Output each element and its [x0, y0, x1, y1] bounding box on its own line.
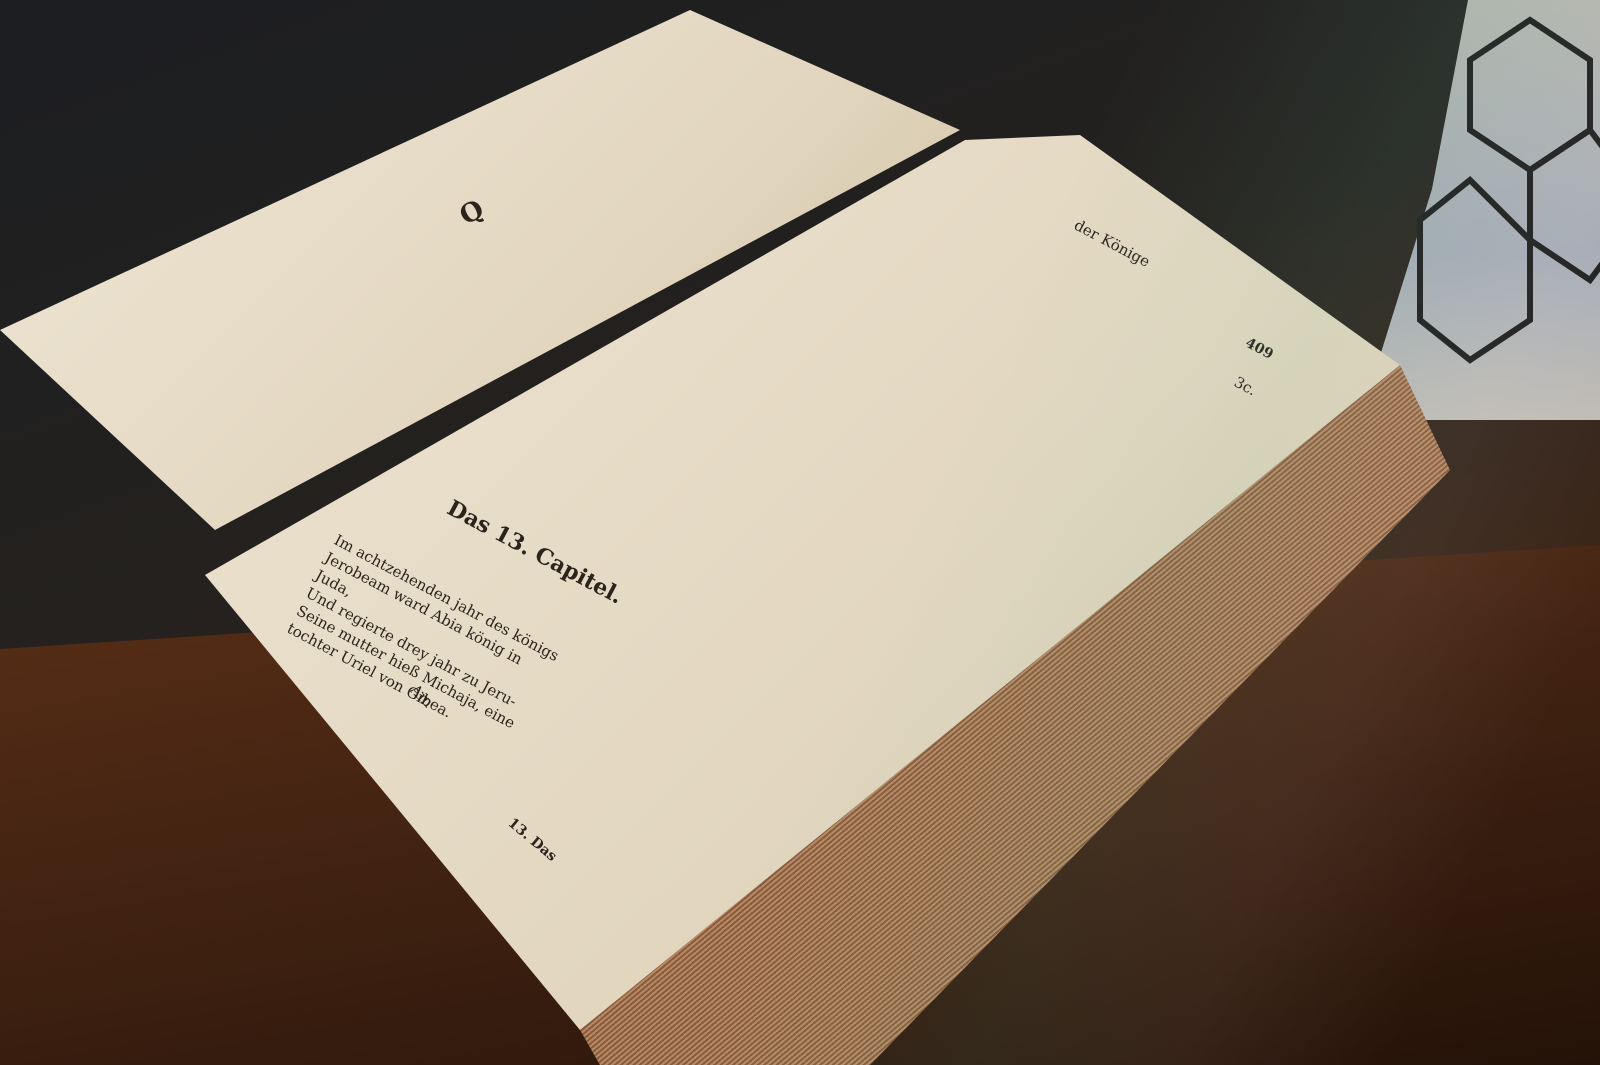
open-book: Q 409 der Könige 3c. Das 13. Capitel. Im…: [0, 0, 1600, 1065]
